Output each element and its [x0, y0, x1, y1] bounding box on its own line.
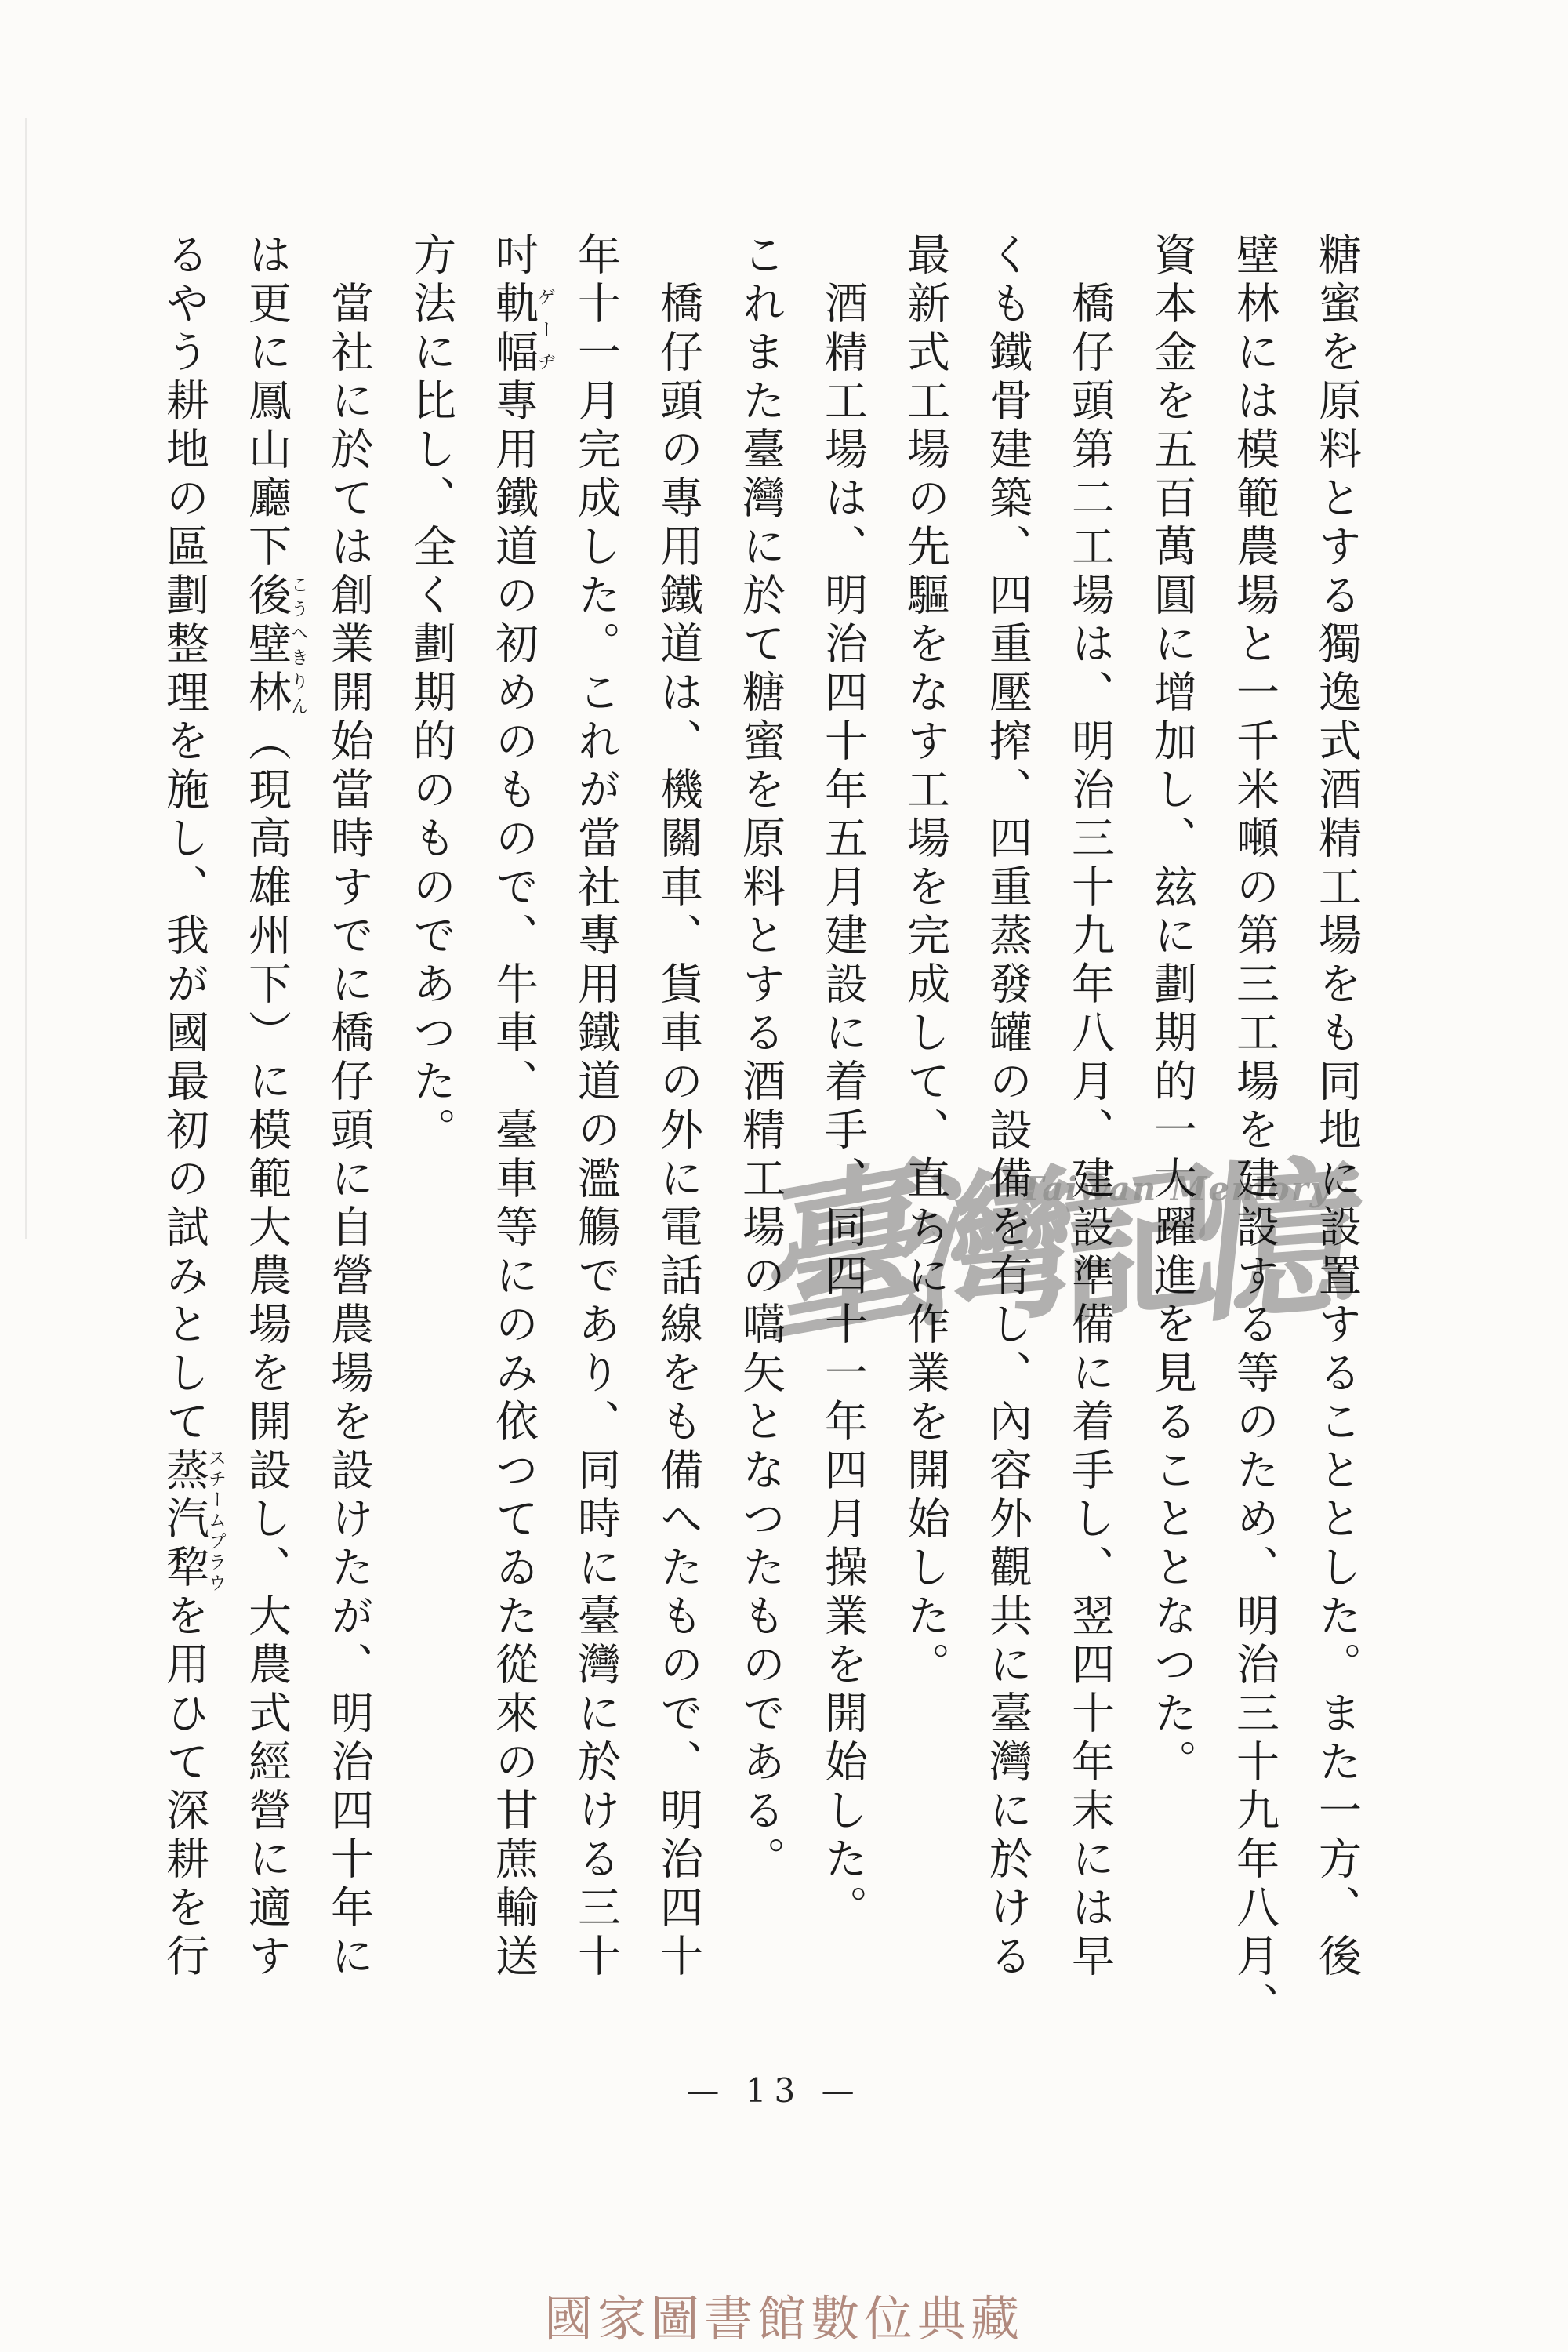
ruby-annotation: 後壁林こうへきりん [241, 572, 292, 718]
text-column: 當社に於ては創業開始當時すでに橋仔頭に自營農場を設けたが、明治四十年に [307, 232, 390, 2051]
text-column: 橋仔頭の專用鐵道は、機關車、貨車の外に電話線をも備へたもので、明治四十 [637, 232, 719, 2051]
text-column: 最新式工場の先驅をなす工場を完成して、直ちに作業を開始した。 [884, 232, 966, 2051]
text-columns: 糖蜜を原料とする獨逸式酒精工場をも同地に設置することとした。また一方、後壁林には… [139, 232, 1377, 2051]
text-column: くも鐵骨建築、四重壓搾、四重蒸發罐の設備を有し、內容外觀共に臺灣に於ける [966, 232, 1048, 2051]
text-column: 橋仔頭第二工場は、明治三十九年八月、建設準備に着手し、翌四十年末には早 [1048, 232, 1131, 2051]
text-column: 方法に比し、全く劃期的のものであつた。 [390, 232, 472, 2051]
ruby-annotation: 蒸汽犂スチームプラウ [159, 1447, 209, 1593]
text-column: 壁林には模範農場と一千米噸の第三工場を建設する等のため、明治三十九年八月、 [1213, 232, 1295, 2051]
scan-crease-line [25, 118, 27, 1239]
page-number: — 13 — [0, 2071, 1548, 2110]
text-column: 資本金を五百萬圓に增加し、玆に劃期的一大躍進を見ることとなつた。 [1131, 232, 1213, 2051]
text-column: 糖蜜を原料とする獨逸式酒精工場をも同地に設置することとした。また一方、後 [1295, 232, 1377, 2051]
ruby-annotation: 軌幅ゲーヂ [488, 281, 539, 378]
archive-footer-stamp: 國家圖書館數位典藏 [0, 2280, 1568, 2350]
text-column: るやう耕地の區劃整理を施し、我が國最初の試みとして蒸汽犂スチームプラウを用ひて深… [143, 232, 225, 2051]
text-column: 年十一月完成した。これが當社專用鐵道の濫觴であり、同時に臺灣に於ける三十 [554, 232, 637, 2051]
text-column: は更に鳳山廳下後壁林こうへきりん（現高雄州下）に模範大農場を開設し、大農式經營に… [225, 232, 307, 2051]
scanned-document-page: 糖蜜を原料とする獨逸式酒精工場をも同地に設置することとした。また一方、後壁林には… [0, 0, 1568, 2352]
text-column: これまた臺灣に於て糖蜜を原料とする酒精工場の嚆矢となつたものである。 [719, 232, 801, 2051]
text-column: 吋軌幅ゲーヂ專用鐵道の初めのもので、牛車、臺車等にのみ依つてゐた從來の甘蔗輸送 [472, 232, 554, 2051]
text-column: 酒精工場は、明治四十年五月建設に着手、同四十一年四月操業を開始した。 [801, 232, 884, 2051]
